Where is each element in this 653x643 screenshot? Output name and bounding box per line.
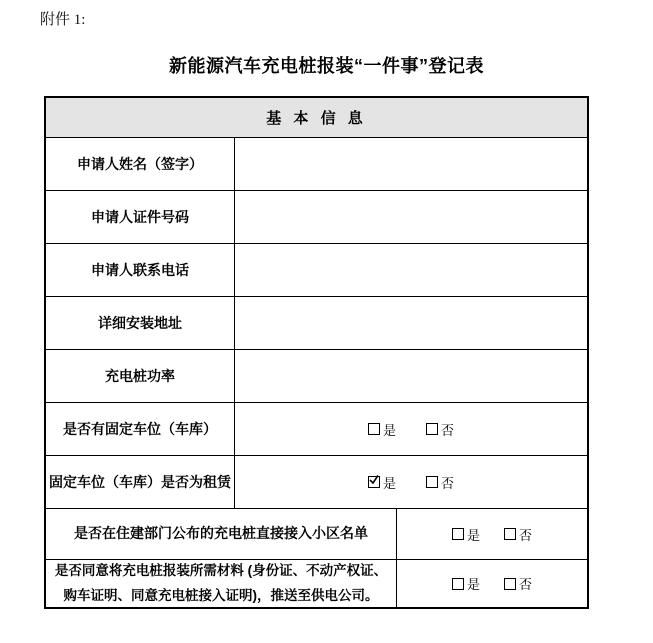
checkbox-icon xyxy=(426,423,438,435)
checkbox-icon xyxy=(368,423,380,435)
checkbox-label: 否 xyxy=(519,525,532,544)
checkbox-option-yes[interactable]: 是 xyxy=(452,525,480,544)
table-row: 详细安装地址 xyxy=(46,297,587,350)
checkbox-option-yes[interactable]: 是 xyxy=(452,574,480,593)
checkbox-icon xyxy=(504,578,516,590)
community-list-choice-cell: 是 否 xyxy=(397,509,587,559)
checkbox-icon xyxy=(368,476,380,488)
yes-no-group: 是 否 xyxy=(368,473,454,492)
install-address-field[interactable] xyxy=(235,297,587,349)
checkbox-icon xyxy=(452,578,464,590)
page-title: 新能源汽车充电桩报装“一件事”登记表 xyxy=(0,52,653,78)
checkbox-option-no[interactable]: 否 xyxy=(426,473,454,492)
install-address-label: 详细安装地址 xyxy=(46,297,235,349)
checkbox-label: 是 xyxy=(383,420,396,439)
checkbox-option-no[interactable]: 否 xyxy=(504,525,532,544)
applicant-phone-field[interactable] xyxy=(235,244,587,296)
checkbox-label: 否 xyxy=(519,574,532,593)
table-section-header: 基 本 信 息 xyxy=(46,98,587,138)
attachment-label: 附件 1: xyxy=(40,8,85,29)
checkbox-icon xyxy=(504,528,516,540)
yes-no-group: 是 否 xyxy=(452,574,532,593)
table-row: 是否在住建部门公布的充电桩直接接入小区名单 是 否 xyxy=(46,509,587,560)
section-header-label: 基 本 信 息 xyxy=(266,107,367,128)
has-parking-label: 是否有固定车位（车库） xyxy=(46,403,235,455)
parking-rented-choice-cell: 是 否 xyxy=(235,456,587,508)
has-parking-choice-cell: 是 否 xyxy=(235,403,587,455)
consent-push-label: 是否同意将充电桩报装所需材料 (身份证、不动产权证、购车证明、同意充电桩接入证明… xyxy=(46,560,397,607)
table-row: 固定车位（车库）是否为租赁 是 否 xyxy=(46,456,587,509)
applicant-name-label: 申请人姓名（签字） xyxy=(46,138,235,190)
yes-no-group: 是 否 xyxy=(452,525,532,544)
table-row: 是否同意将充电桩报装所需材料 (身份证、不动产权证、购车证明、同意充电桩接入证明… xyxy=(46,560,587,607)
checkbox-option-no[interactable]: 否 xyxy=(504,574,532,593)
table-row: 申请人联系电话 xyxy=(46,244,587,297)
checkbox-label: 否 xyxy=(441,420,454,439)
checkbox-option-yes[interactable]: 是 xyxy=(368,420,396,439)
community-list-label: 是否在住建部门公布的充电桩直接接入小区名单 xyxy=(46,509,397,559)
table-row: 是否有固定车位（车库） 是 否 xyxy=(46,403,587,456)
charger-power-field[interactable] xyxy=(235,350,587,402)
applicant-name-field[interactable] xyxy=(235,138,587,190)
registration-form-table: 基 本 信 息 申请人姓名（签字） 申请人证件号码 申请人联系电话 详细安装地址… xyxy=(44,96,589,609)
checkbox-label: 否 xyxy=(441,473,454,492)
table-row: 申请人姓名（签字） xyxy=(46,138,587,191)
table-row: 申请人证件号码 xyxy=(46,191,587,244)
checkbox-icon xyxy=(426,476,438,488)
applicant-phone-label: 申请人联系电话 xyxy=(46,244,235,296)
parking-rented-label: 固定车位（车库）是否为租赁 xyxy=(46,456,235,508)
applicant-id-label: 申请人证件号码 xyxy=(46,191,235,243)
charger-power-label: 充电桩功率 xyxy=(46,350,235,402)
checkbox-label: 是 xyxy=(467,574,480,593)
checkbox-label: 是 xyxy=(467,525,480,544)
checkbox-option-no[interactable]: 否 xyxy=(426,420,454,439)
yes-no-group: 是 否 xyxy=(368,420,454,439)
checkbox-icon xyxy=(452,528,464,540)
checkbox-option-yes[interactable]: 是 xyxy=(368,473,396,492)
checkbox-label: 是 xyxy=(383,473,396,492)
consent-push-choice-cell: 是 否 xyxy=(397,560,587,607)
applicant-id-field[interactable] xyxy=(235,191,587,243)
table-row: 充电桩功率 xyxy=(46,350,587,403)
check-icon xyxy=(368,474,380,486)
